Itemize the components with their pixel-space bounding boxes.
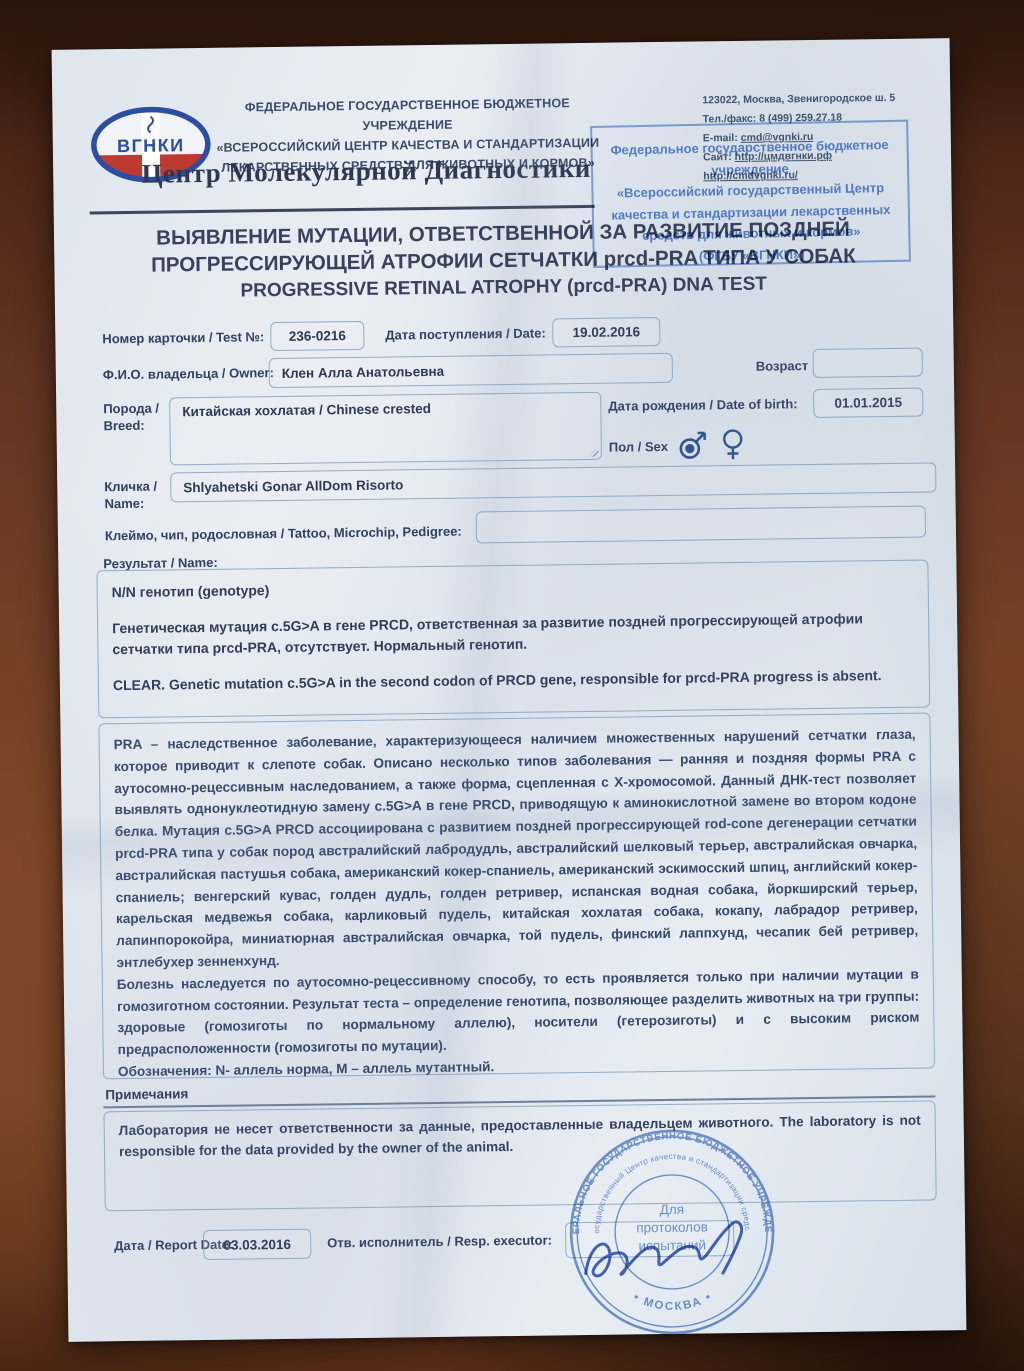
result-text-ru: Генетическая мутация c.5G>A в гене PRCD,… — [112, 608, 914, 660]
received-date-label: Дата поступления / Date: — [385, 325, 546, 342]
breed-label-ru: Порода / — [103, 401, 159, 417]
birth-date-field: 01.01.2015 — [813, 388, 923, 418]
dog-name-label-ru: Кличка / — [104, 479, 157, 495]
breed-label-en: Breed: — [103, 418, 144, 434]
header-divider — [90, 205, 595, 215]
birth-date-value: 01.01.2015 — [834, 395, 902, 411]
received-date-field: 19.02.2016 — [552, 317, 660, 347]
owner-label: Ф.И.О. владельца / Owner: — [103, 365, 274, 382]
contact-address: 123022, Москва, Звенигородское ш. 5 — [702, 89, 920, 111]
dog-name-label-en: Name: — [104, 496, 144, 512]
resize-handle-icon — [588, 446, 599, 457]
dog-name-value: Shlyahetski Gonar AllDom Risorto — [183, 477, 403, 495]
document-paper: ВГНКИ ФЕДЕРАЛЬНОЕ ГОСУДАРСТВЕННОЕ БЮДЖЕТ… — [52, 38, 967, 1342]
age-field — [813, 348, 923, 378]
age-label: Возраст — [756, 358, 809, 374]
result-box: N/N генотип (genotype) Генетическая мута… — [96, 560, 930, 719]
owner-value: Клен Алла Анатольевна — [282, 363, 444, 380]
report-date-field: 03.03.2016 — [203, 1229, 311, 1260]
notes-text: Лаборатория не несет ответственности за … — [119, 1111, 921, 1162]
info-paragraph-1: PRA – наследственное заболевание, характ… — [114, 724, 919, 974]
test-no-field: 236-0216 — [270, 321, 364, 351]
result-text-en: CLEAR. Genetic mutation c.5G>A in the se… — [113, 665, 915, 696]
tattoo-label: Клеймо, чип, родословная / Tattoo, Micro… — [105, 524, 462, 544]
photo-of-document: { "colors": { "stamp_blue": "#4d7dd0", "… — [0, 0, 1024, 1371]
tattoo-field — [476, 506, 926, 544]
sex-label: Пол / Sex — [609, 438, 668, 454]
male-sex-icon — [676, 429, 712, 461]
result-genotype: N/N генотип (genotype) — [112, 572, 914, 603]
info-box: PRA – наследственное заболевание, характ… — [98, 712, 935, 1079]
owner-field: Клен Алла Анатольевна — [269, 353, 673, 388]
logo-text: ВГНКИ — [117, 135, 185, 156]
birth-date-label: Дата рождения / Date of birth: — [608, 396, 797, 413]
breed-field: Китайская хохлатая / Chinese crested — [169, 392, 602, 466]
received-date-value: 19.02.2016 — [572, 324, 640, 340]
notes-box: Лаборатория не несет ответственности за … — [103, 1100, 936, 1211]
test-no-value: 236-0216 — [289, 328, 346, 344]
test-no-label: Номер карточки / Test №: — [102, 329, 264, 346]
report-date-value: 03.03.2016 — [223, 1236, 291, 1252]
notes-heading: Примечания — [105, 1086, 188, 1102]
center-name: Центр Молекулярной Диагностики — [111, 152, 621, 190]
registration-stamp-box: Федеральное государственное бюджетное уч… — [590, 120, 911, 268]
dog-name-field: Shlyahetski Gonar AllDom Risorto — [170, 462, 936, 502]
female-sex-icon — [720, 428, 746, 462]
breed-value: Китайская хохлатая / Chinese crested — [182, 401, 431, 419]
org-line: ФЕДЕРАЛЬНОЕ ГОСУДАРСТВЕННОЕ БЮДЖЕТНОЕ УЧ… — [202, 93, 612, 138]
info-paragraph-2: Болезнь наследуется по аутосомно-рецесси… — [117, 963, 920, 1061]
sex-row: Пол / Sex — [609, 428, 747, 464]
executor-label: Отв. исполнитель / Resp. executor: — [327, 1232, 552, 1250]
